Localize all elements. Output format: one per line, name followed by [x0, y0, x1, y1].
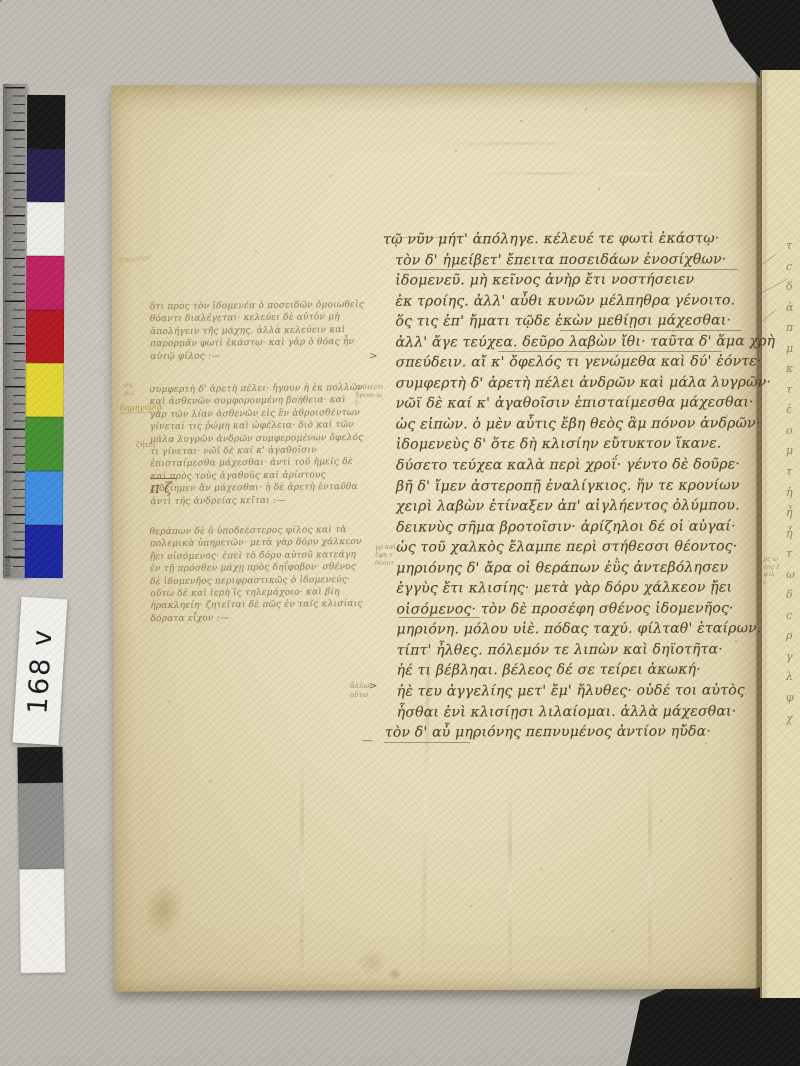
color-calibration-patch — [26, 202, 64, 256]
scholion-block-b: συμφερτὴ δ' ἀρετὴ πέλει· ἤγουν ἡ ἐκ πολλ… — [149, 382, 365, 508]
ruler-inch-ticks — [5, 87, 25, 574]
parchment-wrinkle — [300, 756, 304, 984]
main-text-line: τίπτ' ἦλθες. πόλεμόν τε λιπὼν καὶ δηϊοτῆ… — [385, 639, 765, 661]
edge-fragment: κ — [786, 359, 795, 380]
edge-fragment: τ — [786, 380, 795, 401]
paragraphos-dash: — — [362, 734, 373, 747]
edge-fragment: π — [786, 318, 795, 339]
color-calibration-patch — [25, 471, 63, 525]
edge-fragment: μ — [786, 339, 795, 360]
main-text-line: τῷ νῦν μήτ' ἀπόληγε. κέλευέ τε φωτὶ ἑκάσ… — [383, 228, 763, 250]
color-calibration-patch — [26, 363, 64, 417]
parchment-wrinkle — [648, 768, 652, 986]
main-text-line: βῆ δ' ἴμεν ἀστεροπῇ ἐναλίγκιος. ἥν τε κρ… — [384, 475, 764, 497]
edge-fragment: ἐ — [786, 400, 795, 421]
parchment-wrinkle — [508, 790, 512, 985]
edge-fragment: φ — [786, 688, 795, 709]
edge-fragment: μ — [786, 441, 795, 462]
gloss-note-line: γρ καὶ — [375, 543, 409, 551]
edge-note-line: ι — [763, 579, 791, 587]
manuscript-photo: τϲδἀπμκτἐομτἠἦἧτωδϲργλφχ μϛ ωτοϲ ἑψιλι τ… — [0, 0, 800, 1066]
scholion-block-a: ὅτι πρὸς τὸν ἰδομενέα ὁ ποσειδῶν ὁμοιωθε… — [150, 299, 366, 363]
edge-fragment: ἀ — [786, 298, 795, 319]
ochre-sign-line: ση — [124, 381, 138, 389]
next-folio-text-fragments: τϲδἀπμκτἐομτἠἦἧτωδϲργλφχ — [786, 236, 795, 729]
edge-fragment: ἦ — [786, 503, 795, 524]
scholion-block-c: θεράπων δὲ ὁ ὑποδεέστερος φίλος καὶ τὰ π… — [149, 524, 365, 625]
edge-fragment: χ — [786, 709, 795, 730]
allos-note-line: ἄλλωϲ· — [350, 682, 384, 691]
next-folio-edge: τϲδἀπμκτἐομτἠἦἧτωδϲργλφχ μϛ ωτοϲ ἑψιλι — [760, 70, 800, 998]
parchment-specks — [0, 0, 2, 2]
gloss-note-line: ἔφη τ — [375, 551, 409, 559]
intercolumn-note-line: ἤγουν ω — [355, 391, 397, 399]
edge-fragment: τ — [786, 462, 795, 483]
edge-fragment: ο — [786, 421, 795, 442]
color-calibration-patch — [27, 149, 65, 203]
main-text-line: ἠέ τι βέβληαι. βέλεος δέ σε τείρει ἀκωκή… — [385, 660, 765, 682]
main-text-line: ἐγγὺς ἔτι κλισίης· μετὰ γὰρ δόρυ χάλκεον… — [384, 578, 764, 600]
folio-number: 168 v — [22, 627, 58, 715]
main-text-line: νῶϊ δὲ καί κ' ἀγαθοῖσιν ἐπισταίμεσθα μάχ… — [384, 393, 764, 415]
edge-fragment: δ — [786, 585, 795, 606]
ruler-inches-label: Inches — [5, 554, 12, 577]
main-text-line: τὸν δ' αὖ μηριόνης πεπνυμένος ἀντίον ηὔδ… — [385, 721, 765, 743]
edge-fragment: γ — [786, 647, 795, 668]
grayscale-calibration-bar — [17, 747, 65, 974]
ochre-sign-line: μεί — [124, 389, 138, 397]
color-calibration-patch — [26, 256, 64, 310]
edge-fragment: ϲ — [786, 606, 795, 627]
grayscale-patch — [17, 747, 62, 784]
edge-fragment: λ — [786, 667, 795, 688]
diple-mark: > — [369, 681, 377, 692]
main-text-line: ἰδομενεὺς δ' ὅτε δὴ κλισίην εὔτυκτον ἵκα… — [384, 434, 764, 456]
main-text-line: τὸν δ' ἠμείβετ' ἔπειτα ποσειδάων ἐνοσίχθ… — [383, 249, 763, 271]
diple-mark: > — [369, 351, 377, 362]
main-text-line: συμφερτὴ δ' ἀρετὴ πέλει ἀνδρῶν καὶ μάλα … — [384, 372, 764, 394]
main-text-line: ἐκ τροίης. ἀλλ' αὖθι κυνῶν μέλπηθρα γένο… — [383, 290, 763, 312]
edge-fragment: ἧ — [786, 524, 795, 545]
variant-gloss-note: γρ καὶἔφη τθέοντ — [375, 543, 409, 568]
edge-note-line: ψιλ — [763, 571, 791, 579]
edge-fragment: δ — [786, 277, 795, 298]
color-calibration-patch — [25, 524, 63, 578]
main-text-line: ἠὲ τευ ἀγγελίης μετ' ἔμ' ἤλυθες· οὐδέ το… — [385, 680, 765, 702]
parchment-stain — [358, 950, 386, 974]
main-text-line: ὡς τοῦ χαλκὸς ἔλαμπε περὶ στήθεσσι θέοντ… — [384, 537, 764, 559]
allos-note: ἄλλωϲ·οὕτω — [350, 682, 384, 699]
main-text-line: ἧσθαι ἐνὶ κλισίῃσι λιλαίομαι. ἀλλὰ μάχεσ… — [385, 701, 765, 723]
parchment-cockle — [470, 172, 740, 175]
grayscale-patch — [19, 869, 65, 974]
parchment-cockle — [430, 142, 730, 145]
main-text-line: ἀλλ' ἄγε τεύχεα. δεῦρο λαβὼν ἴθι· ταῦτα … — [383, 331, 763, 353]
edge-fragment: ϲ — [786, 257, 795, 278]
ochre-sign: σημεί — [124, 381, 138, 397]
color-calibration-patch — [27, 95, 65, 149]
main-text-line: δύσετο τεύχεα καλὰ περὶ χροΐ· γέντο δὲ δ… — [384, 454, 764, 476]
pencil-scribble — [760, 279, 788, 296]
main-text-line: δεικνὺς σῆμα βροτοῖσιν· ἀρίζηλοι δέ οἱ α… — [384, 516, 764, 538]
ruler: Inches — [3, 84, 27, 578]
main-text-line: μηριόνης δ' ἄρα οἱ θεράπων ἐῢς ἀντεβόλησ… — [384, 557, 764, 579]
parchment-stain — [388, 968, 402, 980]
quire-mark: πζ — [150, 479, 176, 497]
main-text-line: σπεύδειν. αἴ κ' ὄφελός τι γενώμεθα καὶ δ… — [384, 352, 764, 374]
main-text-line: ἰδομενεῦ. μὴ κεῖνος ἀνὴρ ἔτι νοστήσειεν — [383, 269, 763, 291]
brown-margin-note: ζήτει — [136, 440, 156, 449]
intercolumn-note-line: ϊ· — [355, 399, 397, 407]
ochre-underlined-word: δημηγορία — [120, 402, 163, 413]
intercolumn-note: τοῦτέϲτιἤγουν ωϊ· — [355, 383, 397, 408]
main-text-line: μηριόνη. μόλου υἱὲ. πόδας ταχύ. φίλταθ' … — [384, 619, 764, 641]
edge-fragment: ἠ — [786, 483, 795, 504]
grayscale-patch — [18, 783, 64, 870]
edge-fragment: τ — [786, 236, 795, 257]
edge-fragment: ρ — [786, 626, 795, 647]
main-text-line: χειρὶ λαβὼν ἐτίναξεν ἀπ' αἰγλήεντος ὀλύμ… — [384, 495, 764, 517]
main-text-line: ὡς εἰπὼν. ὁ μὲν αὖτις ἔβη θεὸς ἂμ πόνον … — [384, 413, 764, 435]
folio-number-label: 168 v — [13, 597, 68, 746]
color-calibration-patch — [26, 310, 64, 364]
main-text-column: τῷ νῦν μήτ' ἀπόληγε. κέλευέ τε φωτὶ ἑκάσ… — [383, 228, 765, 743]
allos-note-line: οὕτω — [350, 691, 384, 700]
color-calibration-patch — [25, 417, 63, 471]
next-folio-margin-note: μϛ ωτοϲ ἑψιλι — [763, 556, 791, 586]
color-calibration-bar — [25, 95, 66, 578]
gloss-note-line: θέοντ — [375, 559, 409, 567]
intercolumn-note-line: τοῦτέϲτι — [355, 383, 397, 391]
